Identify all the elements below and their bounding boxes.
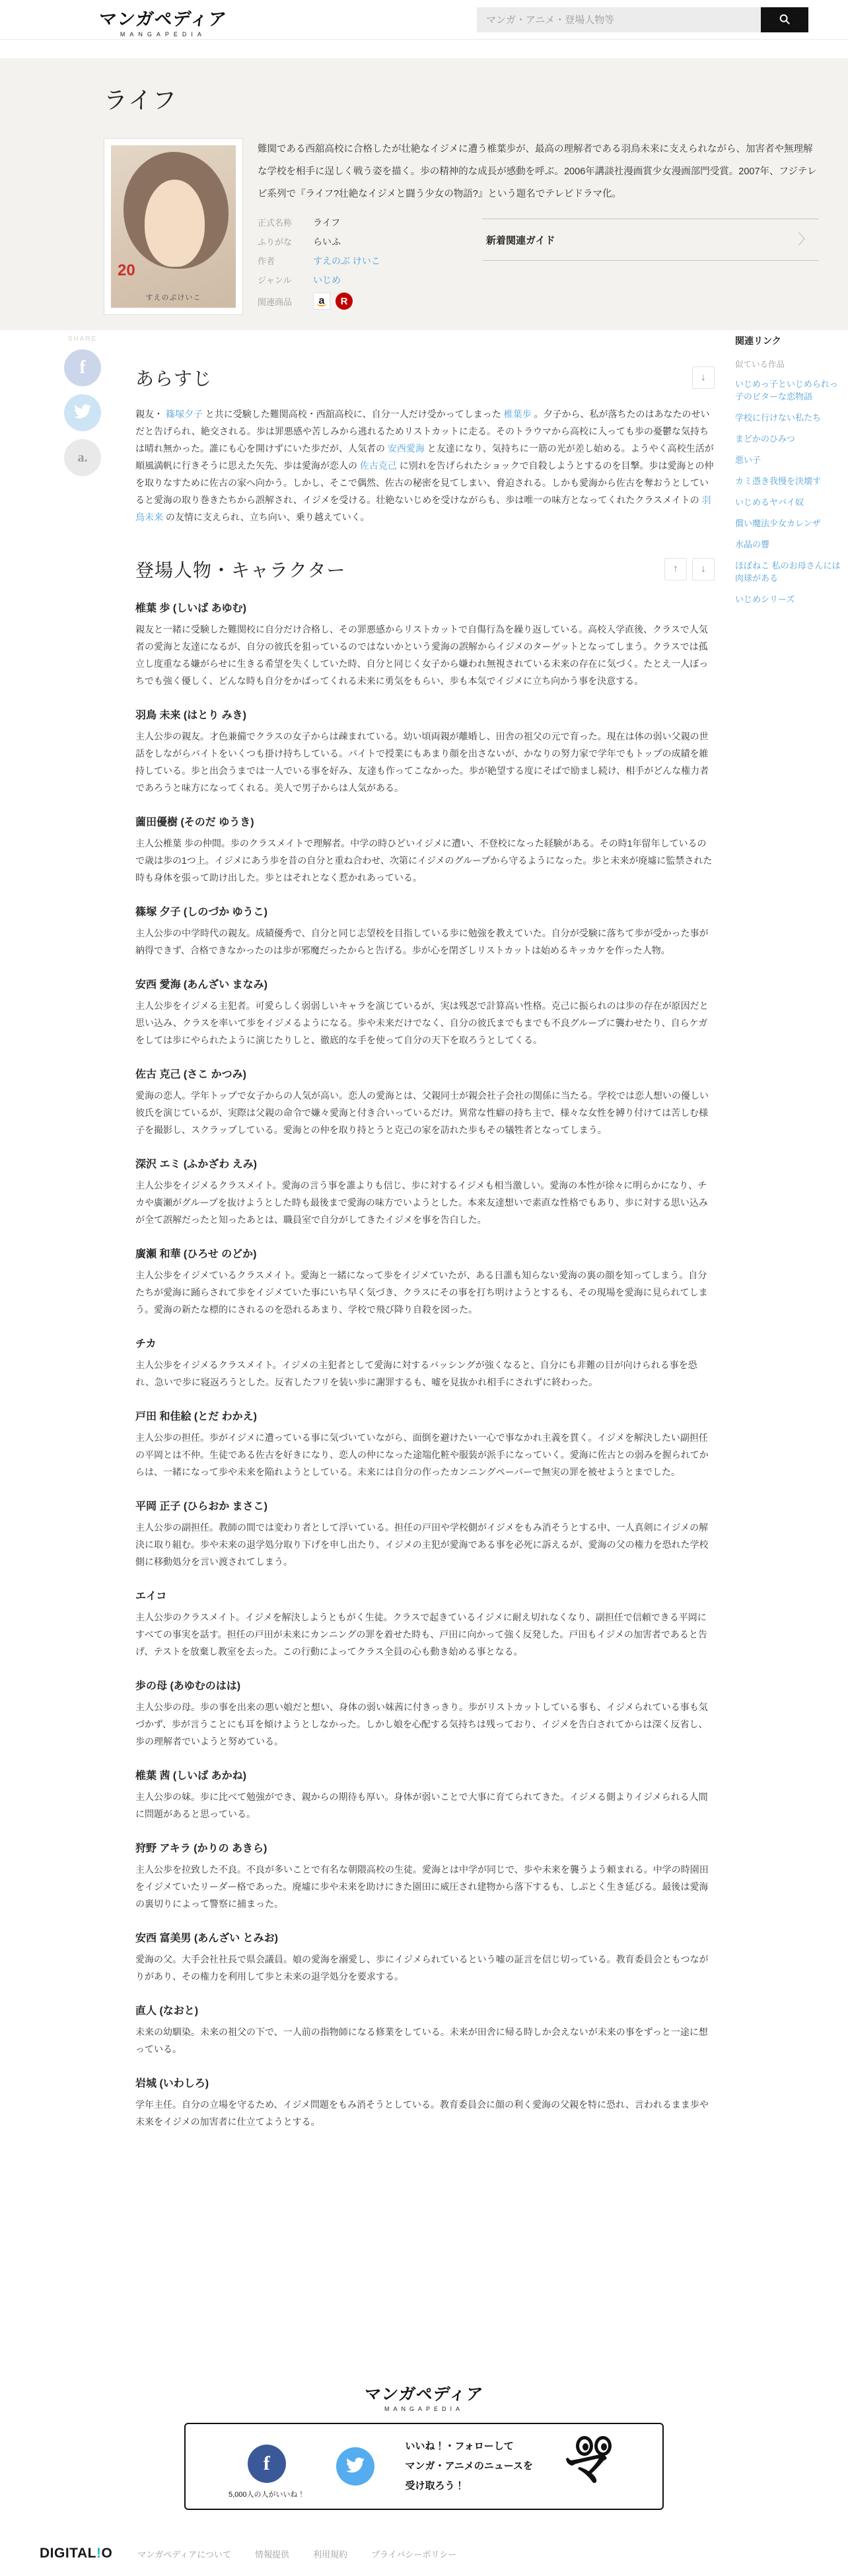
info-row: 作者 すえのぶ けいこ	[258, 254, 462, 267]
cover-image[interactable]: 20 すえのぶけいこ	[104, 138, 243, 315]
character-item: 安西 愛海 (あんざい まなみ) 主人公歩をイジメる主犯者。可愛らしく弱弱しいキ…	[135, 976, 715, 1049]
character-name: 安西 富美男 (あんざい とみお)	[135, 1930, 715, 1945]
sidebar-link[interactable]: まどかのひみつ	[735, 433, 841, 445]
cover-art: 20 すえのぶけいこ	[111, 145, 236, 308]
sidebar-link[interactable]: 水晶の響	[735, 538, 841, 551]
title-hero: ライフ 20 すえのぶけいこ 難関である西舘高校に合格したが壮絶なイジメに遭う椎…	[0, 58, 848, 330]
character-description: 未来の幼馴染。未来の祖父の下で、一人前の指物師になる修業をしている。未来が田舎に…	[135, 2023, 715, 2058]
info-value[interactable]: すえのぶ けいこ	[313, 254, 380, 267]
cover-art-face	[145, 180, 205, 267]
info-label: 作者	[258, 254, 313, 267]
characters-section: 登場人物・キャラクター ↑ ↓ 椎葉 歩 (しいば あゆむ)	[135, 556, 715, 2130]
footer-bottom-bar: DIGITAL!O マンガペディアについて情報提供利用規約プライバシーポリシー	[0, 2546, 848, 2561]
character-item: 狩野 アキラ (かりの あきら) 主人公歩を拉致した不良。不良が多いことで有名な…	[135, 1840, 715, 1912]
sidebar-link[interactable]: カミ憑き我慢を決壊す	[735, 475, 841, 487]
info-row: 正式名称 ライフ	[258, 216, 462, 229]
follow-message-line: いいね！・フォローして	[405, 2437, 533, 2456]
info-label: 正式名称	[258, 216, 313, 228]
character-item: 安西 富美男 (あんざい とみお) 愛海の父。大手会社社長で県会議員。娘の愛海を…	[135, 1930, 715, 1985]
character-description: 主人公歩の母。歩の事を出来の悪い娘だと想い、身体の弱い妹茜に付きっきり。歩がリス…	[135, 1698, 715, 1750]
scroll-up-button[interactable]: ↑	[664, 558, 687, 580]
a-share-button[interactable]: a.	[64, 439, 101, 476]
arrow-down-icon: ↓	[701, 563, 706, 575]
a-share-icon: a.	[78, 450, 88, 466]
character-item: 平岡 正子 (ひらおか まさこ) 主人公歩の副担任。教師の間では変わり者として浮…	[135, 1498, 715, 1570]
character-description: 主人公歩の妹。歩に比べて勉強ができ、親からの期待も厚い。身体が弱いことで大事に育…	[135, 1788, 715, 1823]
synopsis-segment: の友情に支えられ、立ち向い、乗り越えていく。	[166, 512, 370, 522]
character-description: 主人公歩をイジメているクラスメイト。愛海と一緒になって歩をイジメていたが、ある日…	[135, 1267, 715, 1318]
site-logo-text: マンガペディア	[98, 5, 229, 30]
site-logo[interactable]: マンガペディア MANGAPEDIA	[99, 5, 227, 38]
related-links-sidebar: 関連リンク 似ている作品 いじめっ子といじめられっ子のビターな恋物語 学校に行け…	[735, 334, 841, 614]
facebook-icon: f	[264, 2453, 270, 2475]
info-row: ジャンル いじめ	[258, 273, 462, 287]
rakuten-icon[interactable]: R	[336, 293, 353, 310]
mascot-icon: マ	[564, 2436, 619, 2497]
footer-logo-subtext: MANGAPEDIA	[0, 2406, 848, 2412]
info-label: ジャンル	[258, 273, 313, 286]
synopsis-heading: あらすじ	[135, 365, 212, 391]
footer-link[interactable]: プライバシーポリシー	[371, 2548, 456, 2560]
character-description: 親友と一緒に受験した難関校に自分だけ合格し、その罪悪感からリストカットで自傷行為…	[135, 621, 715, 689]
synopsis-segment: と共に受験した難関高校・西舘高校に、自分一人だけ受かってしまった	[205, 409, 501, 419]
character-description: 愛海の恋人。学年トップで女子からの人気が高い。恋人の愛海とは、父親同士が親会社子…	[135, 1087, 715, 1138]
amazon-icon[interactable]: a	[313, 293, 330, 310]
info-row: ふりがな らいふ	[258, 235, 462, 248]
follow-box: f 5,000人の人がいいね！ いいね！・フォローしてマンガ・アニメのニュースを…	[184, 2423, 664, 2510]
sidebar-link[interactable]: ほぼねこ 私のお母さんには肉球がある	[735, 559, 841, 584]
character-description: 主人公歩の担任。歩がイジメに遭っている事に気づいていながら、面倒を避けたい一心で…	[135, 1429, 715, 1480]
character-name: エイコ	[135, 1587, 715, 1603]
character-description: 主人公歩をイジメるクラスメイト。イジメの主犯者として愛海に対するバッシングが強く…	[135, 1356, 715, 1391]
footer-link[interactable]: マンガペディアについて	[137, 2548, 231, 2560]
info-value: ライフ	[313, 216, 340, 229]
page-title: ライフ	[104, 82, 819, 116]
character-item: 椎葉 茜 (しいば あかね) 主人公歩の妹。歩に比べて勉強ができ、親からの期待も…	[135, 1767, 715, 1823]
footer-logo[interactable]: マンガペディア MANGAPEDIA	[0, 2351, 848, 2412]
similar-works-list: いじめっ子といじめられっ子のビターな恋物語 学校に行けない私たち まどかのひみつ…	[735, 378, 841, 606]
character-item: チカ 主人公歩をイジメるクラスメイト。イジメの主犯者として愛海に対するバッシング…	[135, 1335, 715, 1391]
synopsis-segment[interactable]: 篠塚夕子	[166, 409, 203, 419]
character-name: 廣瀬 和華 (ひろせ のどか)	[135, 1245, 715, 1261]
share-label: SHARE	[63, 335, 102, 343]
page: マンガペディア MANGAPEDIA ライフ 20 すえ	[0, 0, 848, 2576]
facebook-icon: f	[79, 357, 85, 378]
sidebar-link[interactable]: いじめっ子といじめられっ子のビターな恋物語	[735, 378, 841, 403]
character-item: 廣瀬 和華 (ひろせ のどか) 主人公歩をイジメているクラスメイト。愛海と一緒に…	[135, 1245, 715, 1318]
character-description: 主人公歩のクラスメイト。イジメを解決しようともがく生徒。クラスで起きているイジメ…	[135, 1609, 715, 1660]
footer-links: マンガペディアについて情報提供利用規約プライバシーポリシー	[137, 2548, 456, 2560]
related-links-heading: 関連リンク	[735, 334, 841, 347]
character-item: エイコ 主人公歩のクラスメイト。イジメを解決しようともがく生徒。クラスで起きてい…	[135, 1587, 715, 1660]
character-name: チカ	[135, 1335, 715, 1350]
character-name: 羽鳥 未来 (はとり みき)	[135, 707, 715, 722]
character-description: 愛海の父。大手会社社長で県会議員。娘の愛海を溺愛し、歩にイジメられているという嘘…	[135, 1951, 715, 1985]
article-main: あらすじ ↓ 親友・ 篠塚夕子 と共に受験した難関高校・西舘高校に、自分一人だけ…	[0, 330, 848, 2351]
character-item: 歩の母 (あゆむのはは) 主人公歩の母。歩の事を出来の悪い娘だと想い、身体の弱い…	[135, 1677, 715, 1750]
character-name: 薗田優樹 (そのだ ゆうき)	[135, 814, 715, 829]
related-guide-link[interactable]: 新着関連ガイド 〉	[482, 219, 819, 261]
search-box	[477, 7, 808, 32]
subnav-strip	[0, 40, 848, 58]
character-name: 岩城 (いわしろ)	[135, 2075, 715, 2090]
character-item: 深沢 エミ (ふかざわ えみ) 主人公歩をイジメるクラスメイト。愛海の言う事を誰…	[135, 1156, 715, 1228]
character-name: 篠塚 夕子 (しのづか ゆうこ)	[135, 903, 715, 919]
synopsis-section: あらすじ ↓ 親友・ 篠塚夕子 と共に受験した難関高校・西舘高校に、自分一人だけ…	[135, 365, 715, 526]
synopsis-segment[interactable]: 佐古克己	[360, 460, 397, 471]
site-footer: マンガペディア MANGAPEDIA f 5,000人の人がいいね！ いいね！・…	[0, 2351, 848, 2576]
character-description: 主人公歩をイジメる主犯者。可愛らしく弱弱しいキャラを演じているが、実は残忍で計算…	[135, 997, 715, 1049]
site-header: マンガペディア MANGAPEDIA	[0, 0, 848, 40]
synopsis-segment[interactable]: 安西愛海	[388, 443, 425, 454]
arrow-down-icon: ↓	[701, 372, 706, 384]
site-logo-subtext: MANGAPEDIA	[99, 31, 227, 38]
character-name: 深沢 エミ (ふかざわ えみ)	[135, 1156, 715, 1171]
search-button[interactable]	[761, 7, 808, 32]
character-description: 主人公歩をイジメるクラスメイト。愛海の言う事を誰よりも信じ、歩に対するイジメも相…	[135, 1177, 715, 1228]
follow-message-line: 受け取ろう！	[405, 2476, 533, 2496]
sidebar-link[interactable]: 償い魔法少女カレンザ	[735, 517, 841, 530]
character-name: 歩の母 (あゆむのはは)	[135, 1677, 715, 1692]
character-name: 直人 (なおと)	[135, 2002, 715, 2017]
series-summary: 難関である西舘高校に合格したが壮絶なイジメに遭う椎葉歩が、最高の理解者である羽鳥…	[258, 138, 819, 205]
synopsis-segment: 親友・	[135, 409, 163, 419]
character-item: 羽鳥 未来 (はとり みき) 主人公歩の親友。才色兼備でクラスの女子からは疎まれ…	[135, 707, 715, 796]
synopsis-segment[interactable]: 椎葉歩	[504, 409, 532, 419]
digitalio-logo[interactable]: DIGITAL!O	[40, 2546, 112, 2561]
character-item: 薗田優樹 (そのだ ゆうき) 主人公椎葉 歩の仲間。歩のクラスメイトで理解者。中…	[135, 814, 715, 886]
character-name: 平岡 正子 (ひらおか まさこ)	[135, 1498, 715, 1513]
search-icon	[779, 13, 791, 27]
character-description: 主人公歩の中学時代の親友。成績優秀で、自分と同じ志望校を目指している歩に勉強を教…	[135, 924, 715, 959]
synopsis-text: 親友・ 篠塚夕子 と共に受験した難関高校・西舘高校に、自分一人だけ受かってしまっ…	[135, 405, 715, 526]
sidebar-link[interactable]: いじめるヤバイ奴	[735, 496, 841, 508]
character-description: 主人公椎葉 歩の仲間。歩のクラスメイトで理解者。中学の時ひどいイジメに遭い、不登…	[135, 835, 715, 886]
related-goods-label: 関連商品	[258, 295, 313, 308]
footer-link[interactable]: 情報提供	[255, 2548, 289, 2560]
character-name: 佐古 克己 (さこ かつみ)	[135, 1066, 715, 1081]
similar-works-label: 似ている作品	[735, 358, 841, 370]
facebook-like-count: 5,000人の人がいいね！	[229, 2489, 305, 2499]
cover-volume-number: 20	[118, 261, 135, 280]
twitter-follow-button[interactable]	[336, 2447, 374, 2486]
sidebar-link[interactable]: 悪い子	[735, 454, 841, 466]
scroll-down-button[interactable]: ↓	[692, 558, 715, 580]
related-guide-label: 新着関連ガイド	[486, 233, 555, 247]
follow-message-line: マンガ・アニメのニュースを	[405, 2456, 533, 2476]
character-name: 椎葉 歩 (しいば あゆむ)	[135, 600, 715, 615]
characters-heading: 登場人物・キャラクター	[135, 556, 345, 582]
character-description: 主人公歩の親友。才色兼備でクラスの女子からは疎まれている。幼い頃両親が離婚し、田…	[135, 728, 715, 796]
arrow-up-icon: ↑	[673, 563, 678, 575]
character-name: 戸田 和佳絵 (とだ わかえ)	[135, 1408, 715, 1423]
info-value: らいふ	[313, 235, 341, 248]
facebook-share-button[interactable]: f	[64, 349, 101, 386]
twitter-icon	[346, 2456, 365, 2478]
info-table: 正式名称 ライフ ふりがな らいふ 作者	[258, 216, 462, 293]
character-item: 佐古 克己 (さこ かつみ) 愛海の恋人。学年トップで女子からの人気が高い。恋人…	[135, 1066, 715, 1138]
character-item: 篠塚 夕子 (しのづか ゆうこ) 主人公歩の中学時代の親友。成績優秀で、自分と同…	[135, 903, 715, 959]
info-label: ふりがな	[258, 235, 313, 248]
character-name: 安西 愛海 (あんざい まなみ)	[135, 976, 715, 991]
character-description: 主人公歩の副担任。教師の間では変わり者として浮いている。担任の戸田や学校側がイジ…	[135, 1519, 715, 1570]
scroll-down-button[interactable]: ↓	[692, 366, 715, 389]
character-item: 戸田 和佳絵 (とだ わかえ) 主人公歩の担任。歩がイジメに遭っている事に気づい…	[135, 1408, 715, 1480]
mascot-body: マ	[561, 2443, 614, 2495]
footer-logo-text: マンガペディア	[363, 2381, 485, 2405]
chevron-right-icon: 〉	[798, 232, 812, 247]
share-rail: SHARE f a.	[63, 335, 102, 484]
info-value[interactable]: いじめ	[313, 273, 341, 287]
search-input[interactable]	[477, 7, 761, 32]
sidebar-link[interactable]: いじめシリーズ	[735, 593, 841, 606]
character-item: 椎葉 歩 (しいば あゆむ) 親友と一緒に受験した難関校に自分だけ合格し、その罪…	[135, 600, 715, 689]
cover-author-name: すえのぶけいこ	[111, 292, 236, 302]
twitter-share-button[interactable]	[64, 394, 101, 431]
character-list: 椎葉 歩 (しいば あゆむ) 親友と一緒に受験した難関校に自分だけ合格し、その罪…	[135, 600, 715, 2130]
sidebar-link[interactable]: 学校に行けない私たち	[735, 411, 841, 424]
twitter-icon	[74, 403, 91, 423]
character-description: 主人公歩を拉致した不良。不良が多いことで有名な朝隈高校の生徒。愛海とは中学が同じ…	[135, 1861, 715, 1912]
follow-message: いいね！・フォローしてマンガ・アニメのニュースを受け取ろう！	[405, 2437, 533, 2496]
footer-link[interactable]: 利用規約	[313, 2548, 347, 2560]
character-name: 椎葉 茜 (しいば あかね)	[135, 1767, 715, 1782]
character-item: 直人 (なおと) 未来の幼馴染。未来の祖父の下で、一人前の指物師になる修業をして…	[135, 2002, 715, 2058]
character-item: 岩城 (いわしろ) 学年主任。自分の立場を守るため、イジメ問題をもみ消そうとして…	[135, 2075, 715, 2130]
character-description: 学年主任。自分の立場を守るため、イジメ問題をもみ消そうとしている。教育委員会に顔…	[135, 2096, 715, 2130]
facebook-follow-button[interactable]: f	[248, 2445, 286, 2483]
character-name: 狩野 アキラ (かりの あきら)	[135, 1840, 715, 1855]
related-goods-row: 関連商品 a R	[258, 293, 819, 310]
